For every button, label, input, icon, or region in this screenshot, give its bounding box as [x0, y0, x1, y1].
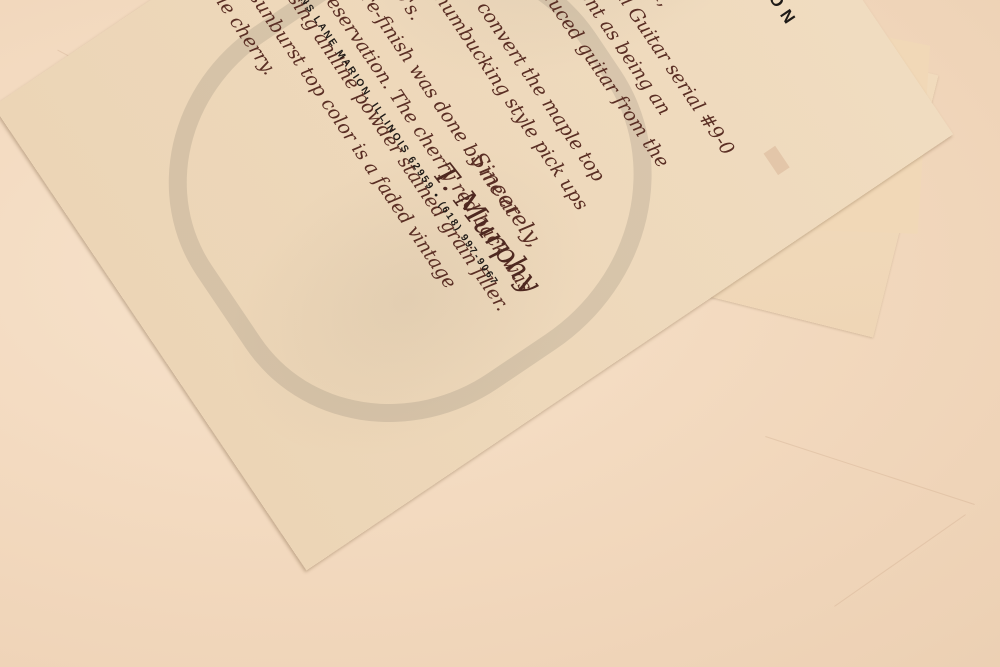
letter-wrap: GUITAR PRESERVATION PRESERVING AMERICAN …	[0, 0, 1000, 667]
letter-sheet: GUITAR PRESERVATION PRESERVING AMERICAN …	[0, 0, 953, 570]
